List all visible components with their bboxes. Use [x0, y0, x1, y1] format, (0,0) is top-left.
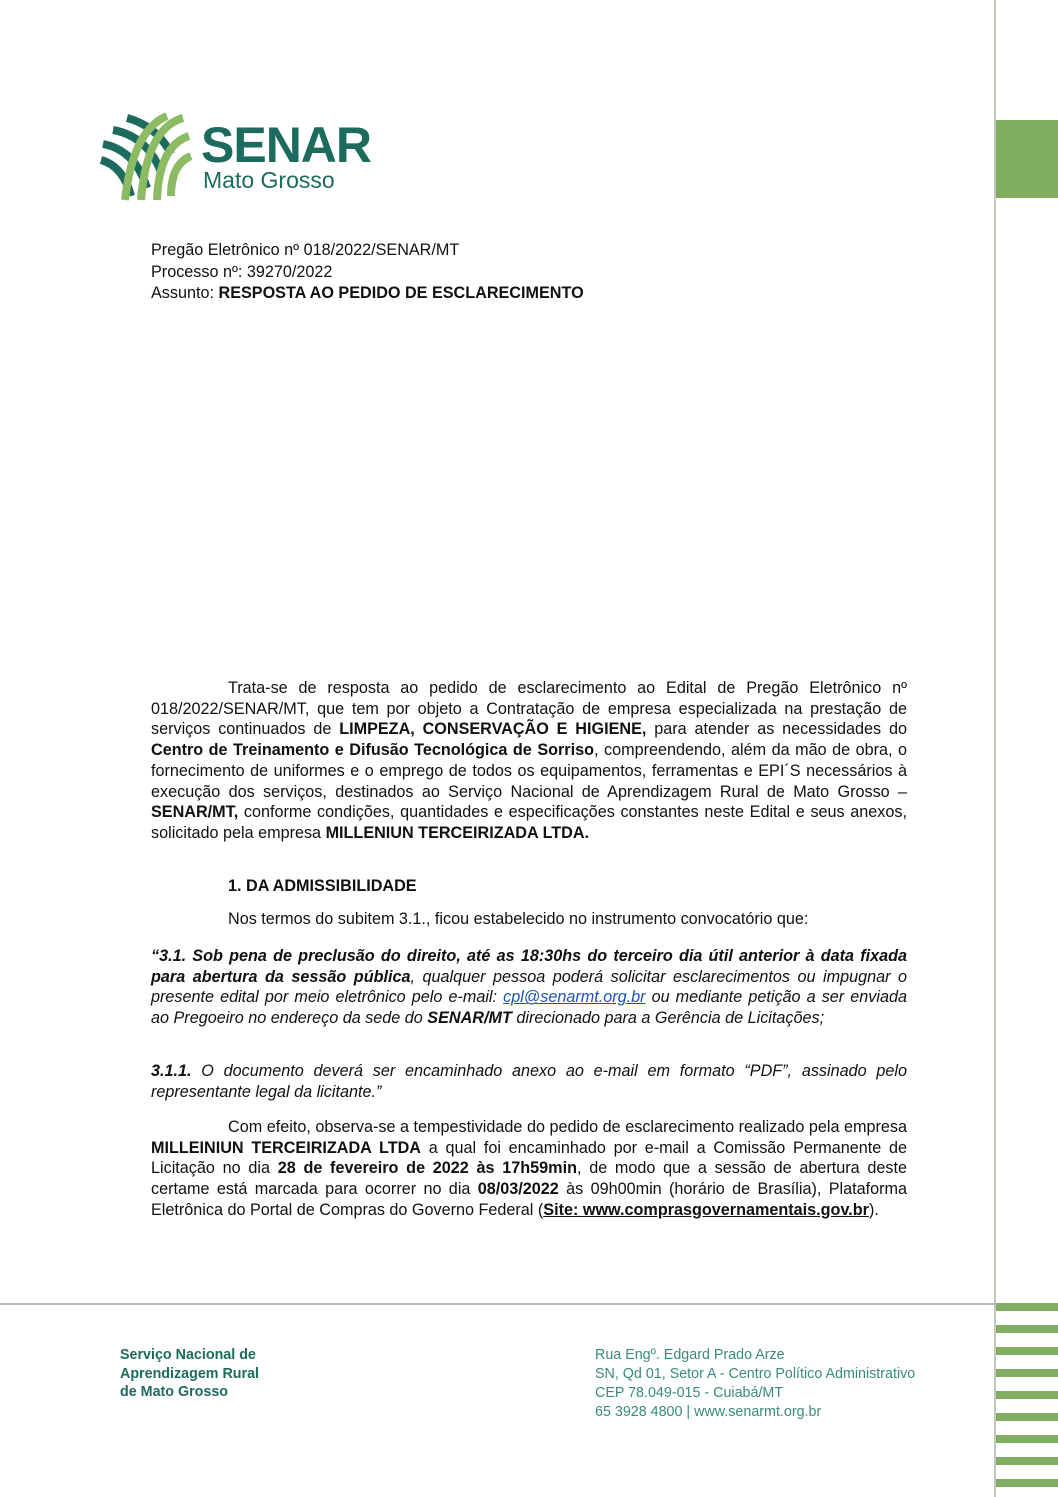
text: para atender as necessidades do — [646, 720, 907, 738]
bold-text: 3.1.1. — [151, 1062, 192, 1080]
email-link[interactable]: cpl@senarmt.org.br — [503, 988, 645, 1006]
section-title: 1. DA ADMISSIBILIDADE — [228, 877, 417, 896]
footer-address-line: SN, Qd 01, Setor A - Centro Político Adm… — [595, 1365, 915, 1384]
bold-text: SENAR/MT, — [151, 803, 238, 821]
subject-label: Assunto: — [151, 284, 214, 302]
footer-rule — [0, 1303, 996, 1305]
subject-line: Assunto: RESPOSTA AO PEDIDO DE ESCLARECI… — [151, 283, 584, 305]
footer-address-line: Rua Engº. Edgard Prado Arze — [595, 1346, 915, 1365]
footer-contact-line: 65 3928 4800 | www.senarmt.org.br — [595, 1403, 915, 1422]
bold-text: MILLENIUN TERCEIRIZADA LTDA. — [326, 824, 589, 842]
quote-3-1-1: 3.1.1. O documento deverá ser encaminhad… — [151, 1061, 907, 1102]
footer-org-line: de Mato Grosso — [120, 1383, 259, 1402]
pregao-number: Pregão Eletrônico nº 018/2022/SENAR/MT — [151, 240, 584, 262]
bold-text: SENAR/MT — [427, 1009, 512, 1027]
intro-paragraph: Trata-se de resposta ao pedido de esclar… — [151, 678, 907, 844]
bold-text: LIMPEZA, CONSERVAÇÃO E HIGIENE, — [339, 720, 646, 738]
senar-logo: SENAR Mato Grosso — [97, 112, 377, 207]
footer-stripes — [996, 1303, 1058, 1497]
logo-subtitle: Mato Grosso — [203, 169, 335, 192]
footer-org-line: Aprendizagem Rural — [120, 1365, 259, 1384]
logo-brand: SENAR — [201, 120, 371, 170]
site-link[interactable]: Site: www.comprasgovernamentais.gov.br — [543, 1201, 869, 1219]
text: ). — [869, 1201, 879, 1219]
side-accent-block — [996, 120, 1058, 198]
subject-title: RESPOSTA AO PEDIDO DE ESCLARECIMENTO — [219, 284, 584, 302]
text: Com efeito, observa-se a tempestividade … — [228, 1118, 907, 1136]
section-intro: Nos termos do subitem 3.1., ficou estabe… — [228, 910, 808, 929]
bold-text: MILLEINIUN TERCEIRIZADA LTDA — [151, 1139, 421, 1157]
text: direcionado para a Gerência de Licitaçõe… — [512, 1009, 824, 1027]
text: O documento deverá ser encaminhado anexo… — [151, 1062, 907, 1101]
bold-text: 08/03/2022 — [478, 1180, 559, 1198]
quote-3-1: “3.1. Sob pena de preclusão do direito, … — [151, 946, 907, 1029]
process-number: Processo nº: 39270/2022 — [151, 262, 584, 284]
side-rule — [994, 0, 996, 1497]
footer-address-line: CEP 78.049-015 - Cuiabá/MT — [595, 1384, 915, 1403]
conclusion-paragraph: Com efeito, observa-se a tempestividade … — [151, 1117, 907, 1221]
bold-text: Centro de Treinamento e Difusão Tecnológ… — [151, 741, 594, 759]
bold-text: 28 de fevereiro de 2022 às 17h59min — [278, 1159, 577, 1177]
footer-org: Serviço Nacional de Aprendizagem Rural d… — [120, 1346, 259, 1402]
senar-emblem-icon — [97, 112, 193, 204]
footer-address: Rua Engº. Edgard Prado Arze SN, Qd 01, S… — [595, 1346, 915, 1422]
document-header: Pregão Eletrônico nº 018/2022/SENAR/MT P… — [151, 240, 584, 305]
footer-org-line: Serviço Nacional de — [120, 1346, 259, 1365]
